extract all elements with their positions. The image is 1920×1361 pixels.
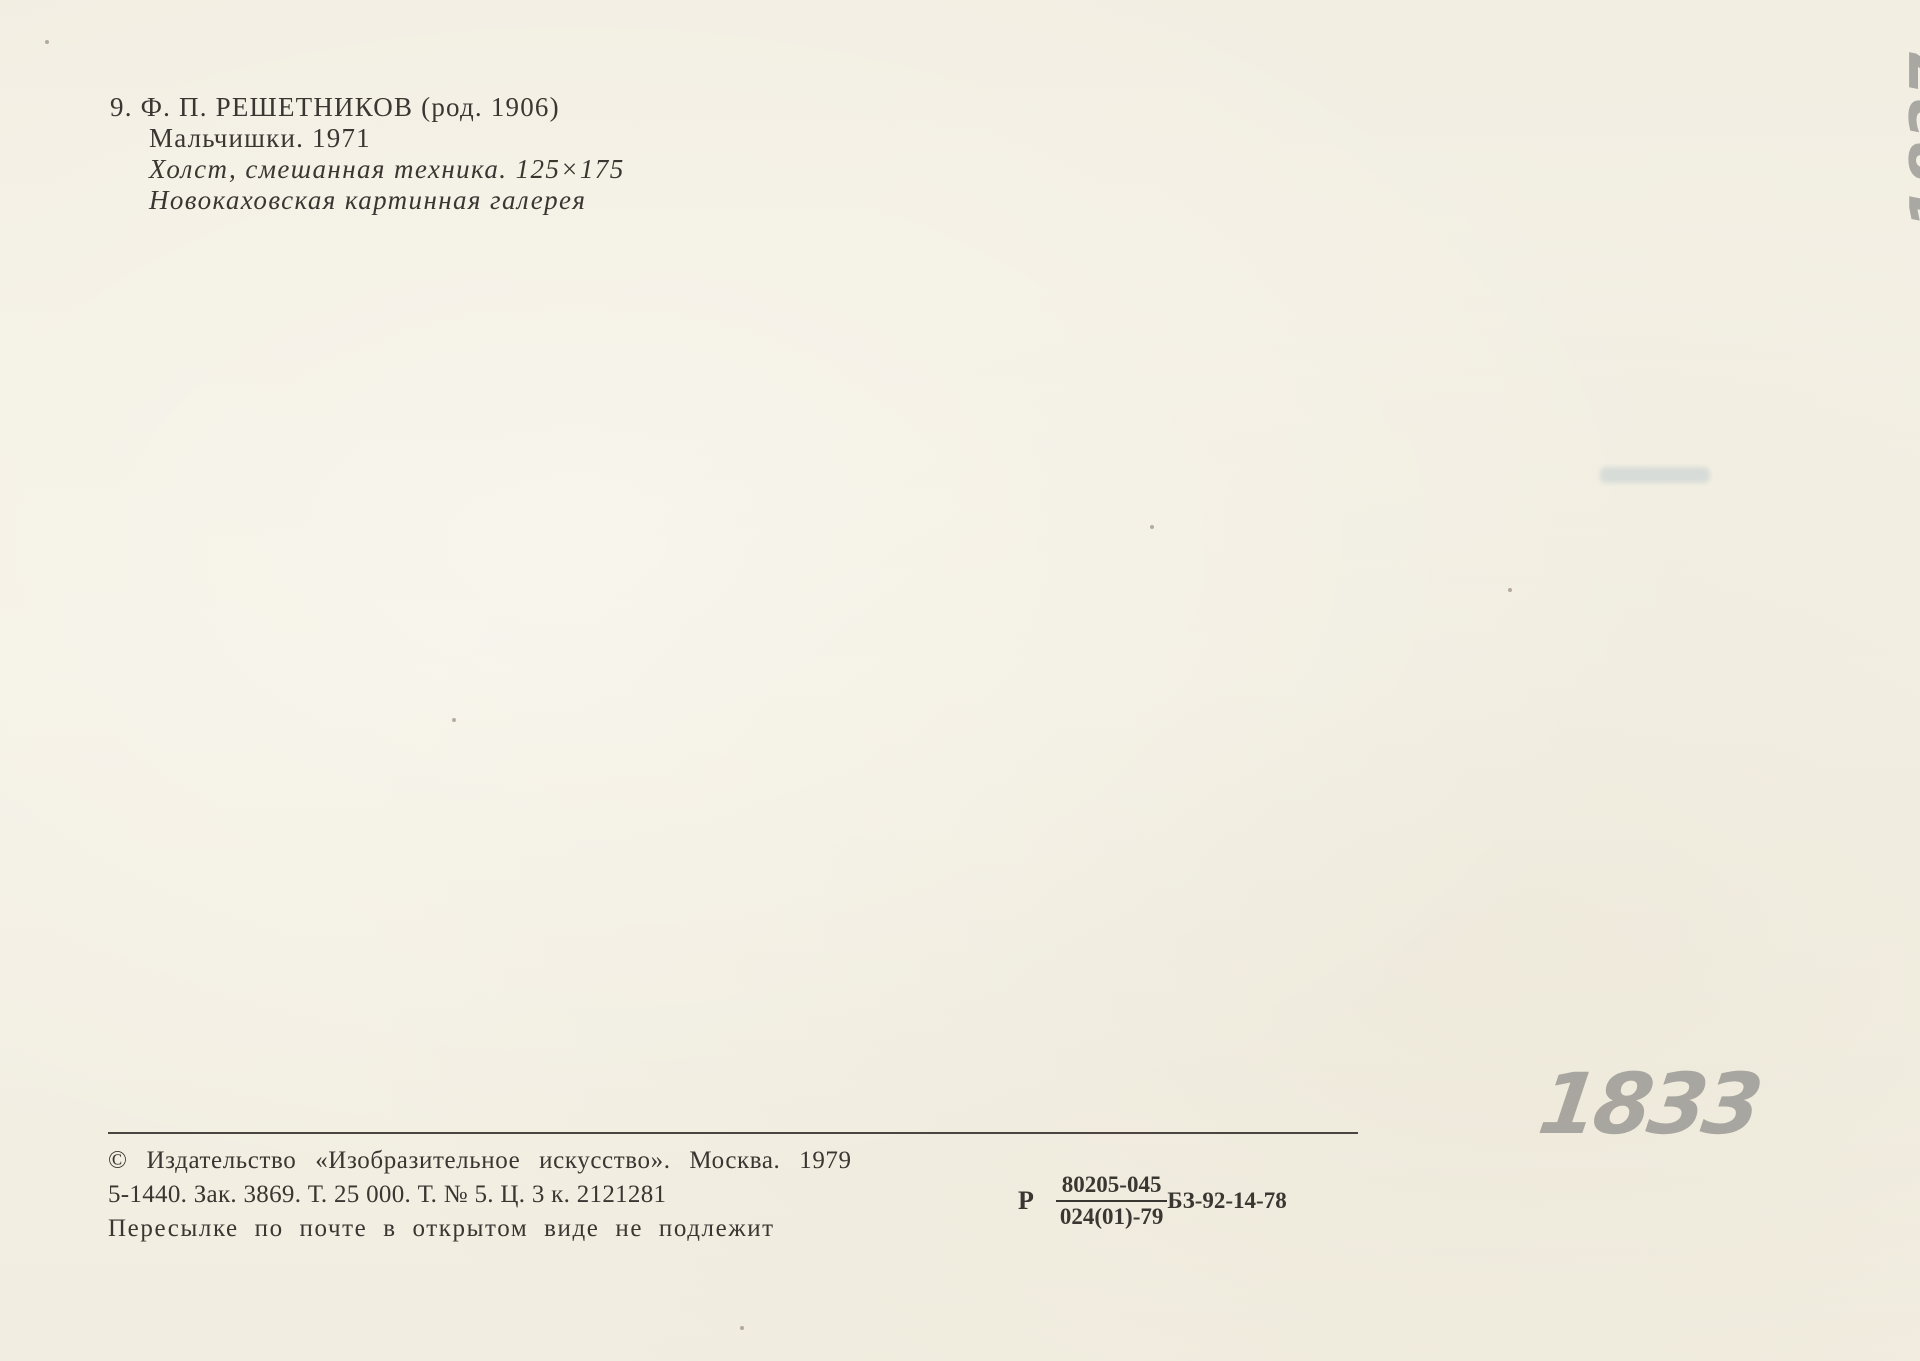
code-denominator: 024(01)-79	[1056, 1200, 1167, 1230]
gallery-line: Новокаховская картинная галерея	[110, 185, 625, 216]
medium-size-line: Холст, смешанная техника. 125×175	[110, 154, 625, 185]
paper-speck	[45, 40, 49, 44]
code-fraction: 80205-045 024(01)-79	[1056, 1172, 1167, 1230]
paper-speck	[1508, 588, 1512, 592]
code-numerator: 80205-045	[1058, 1172, 1166, 1200]
catalog-code: Р 80205-045 024(01)-79 БЗ-92-14-78	[1018, 1172, 1287, 1230]
artwork-caption: 9. Ф. П. РЕШЕТНИКОВ (род. 1906) Мальчишк…	[110, 92, 625, 216]
code-suffix: БЗ-92-14-78	[1167, 1188, 1286, 1214]
artist-line: 9. Ф. П. РЕШЕТНИКОВ (род. 1906)	[110, 92, 625, 123]
ink-smudge	[1600, 467, 1710, 483]
paper-speck	[1150, 525, 1154, 529]
title-year-line: Мальчишки. 1971	[110, 123, 625, 154]
pencil-annotation-horizontal: 1833	[1533, 1055, 1765, 1153]
paper-speck	[452, 718, 456, 722]
pencil-annotation-vertical: 1837	[1898, 52, 1920, 230]
code-letter: Р	[1018, 1186, 1034, 1216]
paper-speck	[740, 1326, 744, 1330]
divider-rule	[108, 1132, 1358, 1134]
